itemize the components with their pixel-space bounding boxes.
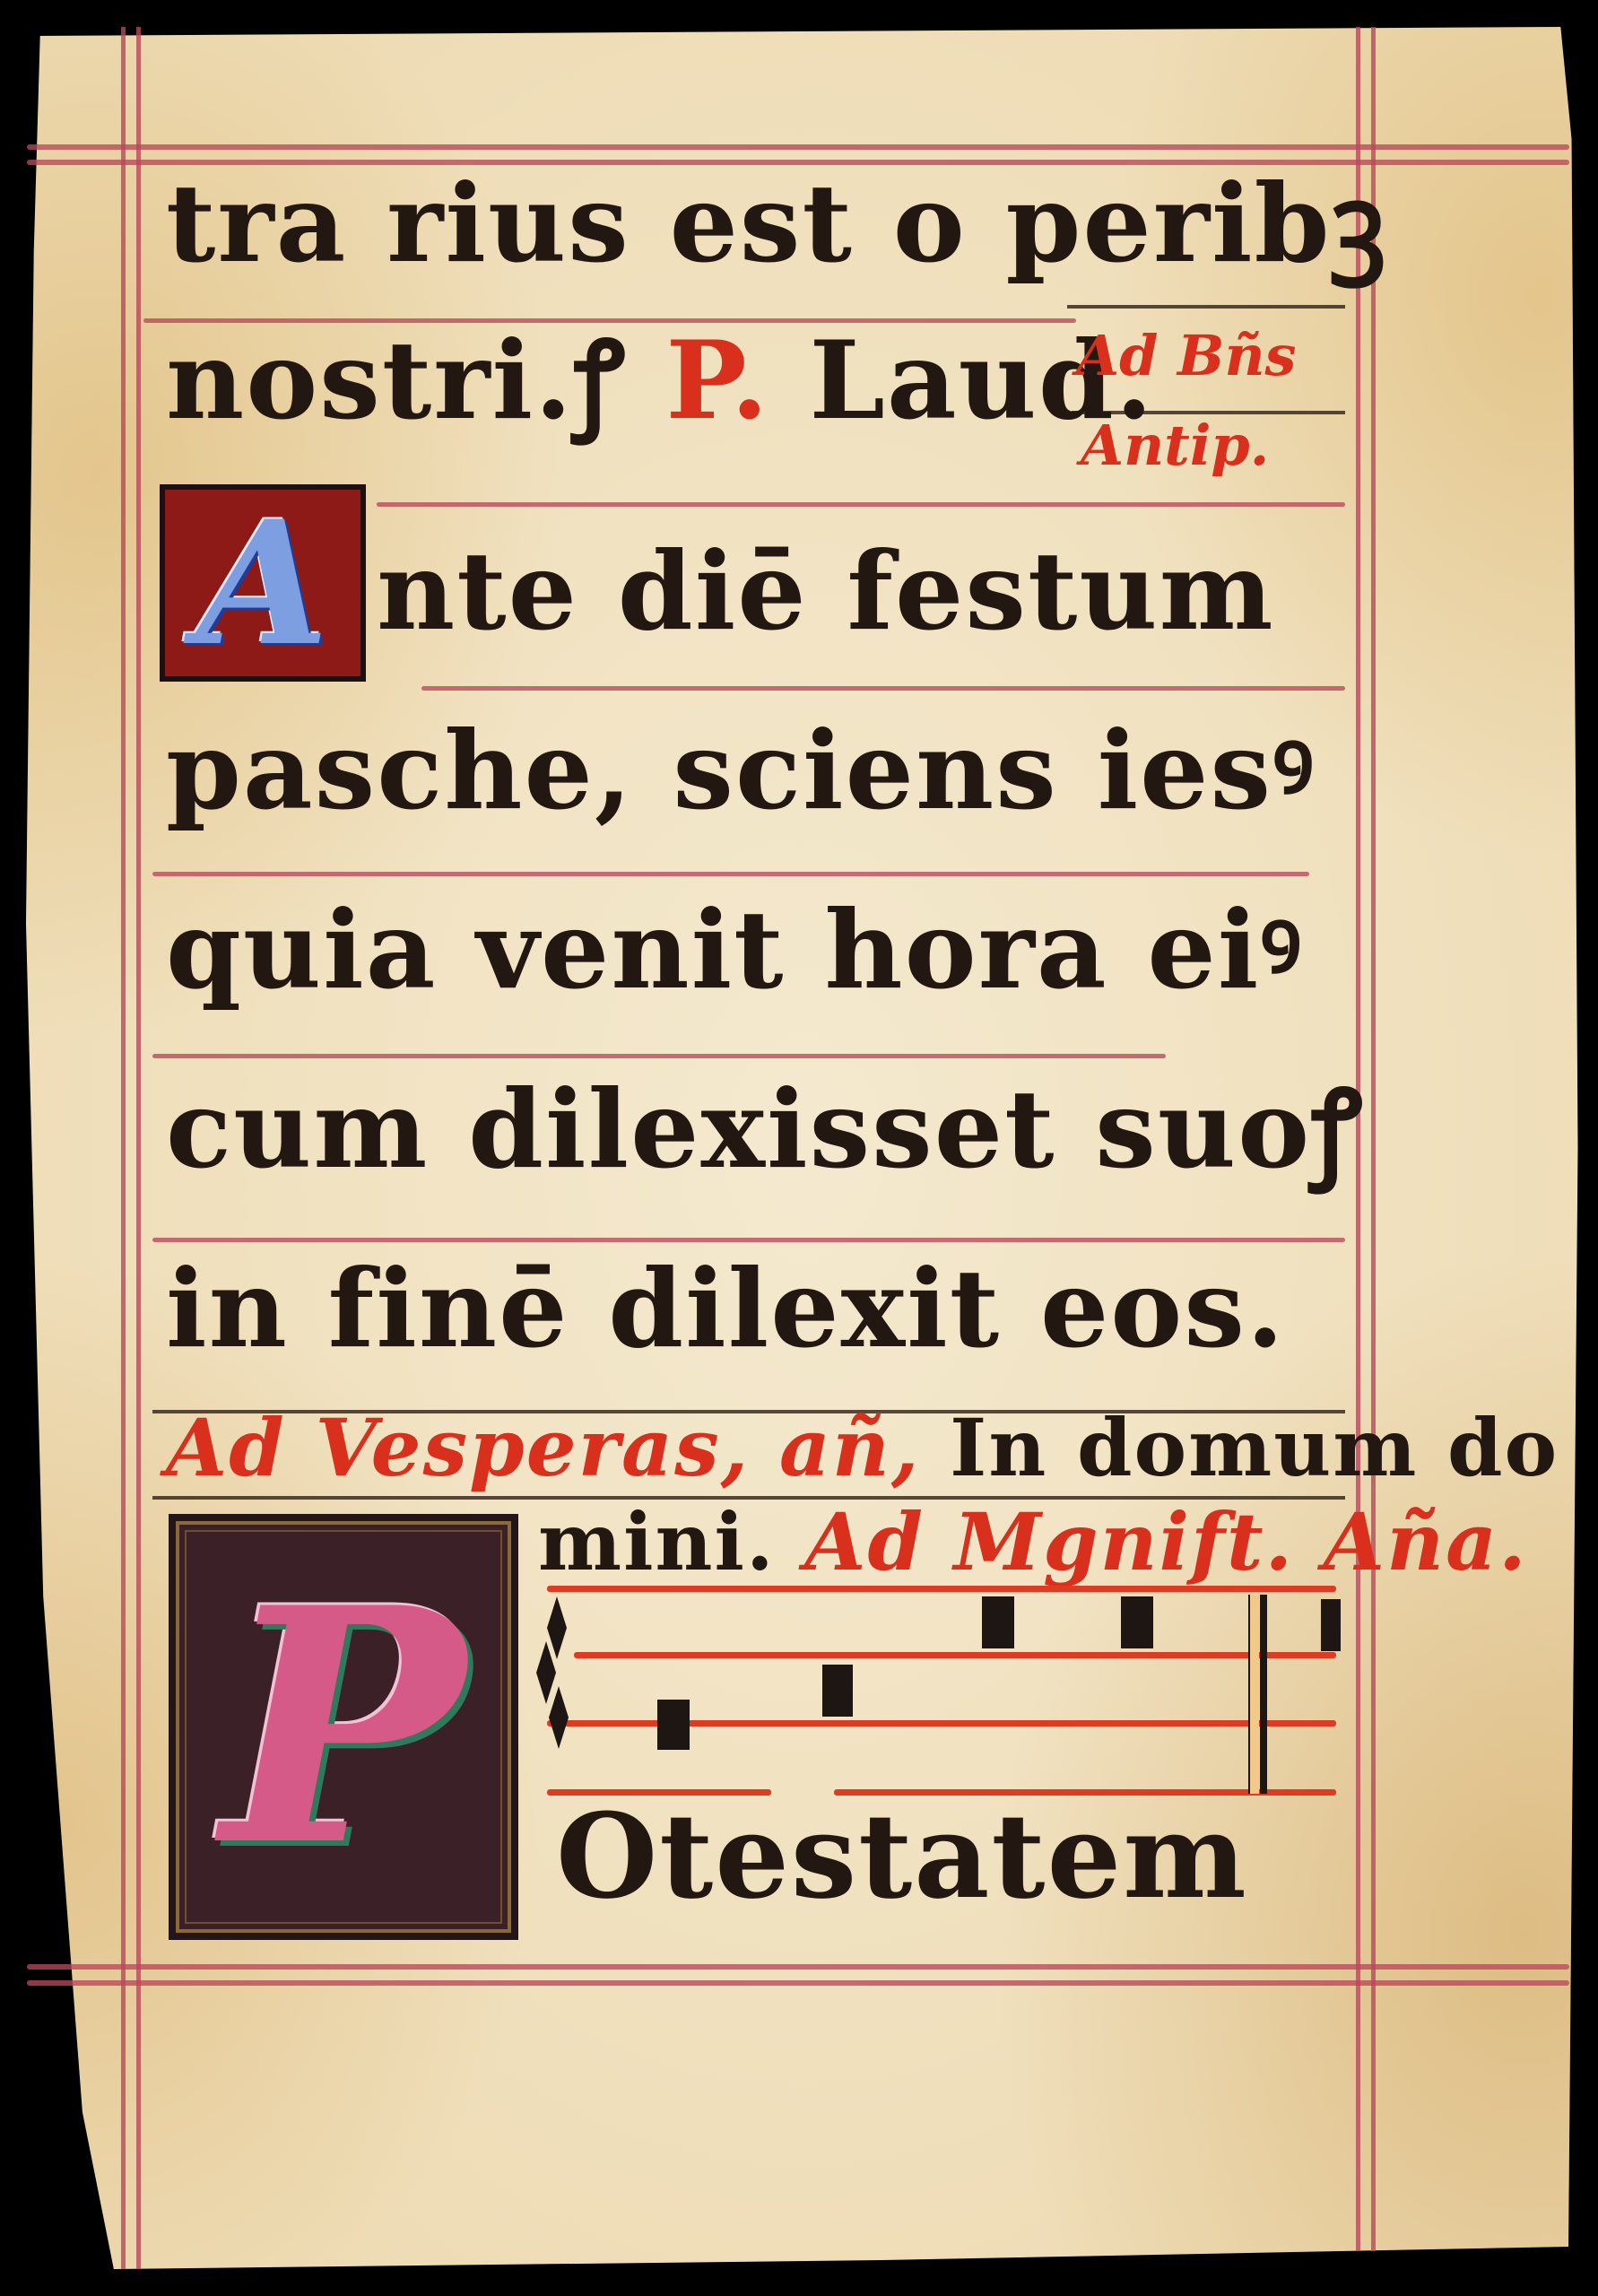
note-punctum xyxy=(657,1700,690,1750)
text-line-9: mini. Ad Mgnift. Aña. xyxy=(538,1502,1528,1581)
rubric-margin-2: Antip. xyxy=(1081,417,1269,474)
staff-line-2 xyxy=(574,1652,1336,1658)
text-line-10: Otestatem xyxy=(556,1803,1248,1910)
ruling-left-outer xyxy=(121,27,126,2269)
ruling-left-inner xyxy=(136,27,141,2269)
text-line-4: pasche, sciens iesꝰ xyxy=(166,717,1316,825)
initial-letter: A xyxy=(165,490,360,676)
rubric: Ad Mgnift. Aña. xyxy=(804,1495,1528,1588)
text-line-6: cum dilexisset suoꝭ xyxy=(166,1076,1364,1184)
rubric: Ad Vesperas, añ, xyxy=(166,1401,921,1494)
staff-line-1 xyxy=(547,1586,1336,1592)
ruling-bottom-2 xyxy=(27,1980,1569,1986)
illuminated-initial-p: P xyxy=(169,1514,518,1940)
line-guide xyxy=(152,1054,1166,1058)
rubric-p: P. xyxy=(666,317,770,444)
text-line-5: quia venit hora eiꝰ xyxy=(166,897,1303,1004)
line-guide xyxy=(152,1238,1345,1242)
line-guide xyxy=(421,686,1345,691)
ruling-right-outer xyxy=(1371,27,1376,2251)
double-bar xyxy=(1260,1595,1267,1794)
ink-guide xyxy=(1067,305,1345,309)
note-punctum xyxy=(1321,1599,1341,1651)
note-punctum xyxy=(1121,1596,1153,1648)
line-guide xyxy=(152,872,1309,876)
note-punctum xyxy=(982,1596,1014,1648)
text-line-7: in finē dilexit eos. xyxy=(166,1256,1286,1363)
initial-letter: P xyxy=(176,1521,511,1933)
text-line-2: nostri.ꝭ P. Laud. xyxy=(166,327,1155,435)
note-punctum xyxy=(822,1665,853,1717)
ruling-top-1 xyxy=(27,144,1569,150)
ruling-bottom-1 xyxy=(27,1964,1569,1970)
illuminated-initial-a: A xyxy=(160,484,366,682)
line-guide xyxy=(377,502,1345,507)
text-fragment: mini. xyxy=(538,1495,776,1588)
text-fragment: nostri.ꝭ xyxy=(166,317,627,444)
text-line-8: Ad Vesperas, añ, In domum do xyxy=(166,1408,1559,1487)
text-line-1: tra rius est o peribꝫ xyxy=(166,170,1388,278)
text-line-3: nte diē festum xyxy=(377,538,1275,646)
double-bar xyxy=(1248,1595,1259,1794)
rubric-margin-1: Ad Bñs xyxy=(1076,327,1296,385)
text-fragment: In domum do xyxy=(950,1401,1559,1494)
